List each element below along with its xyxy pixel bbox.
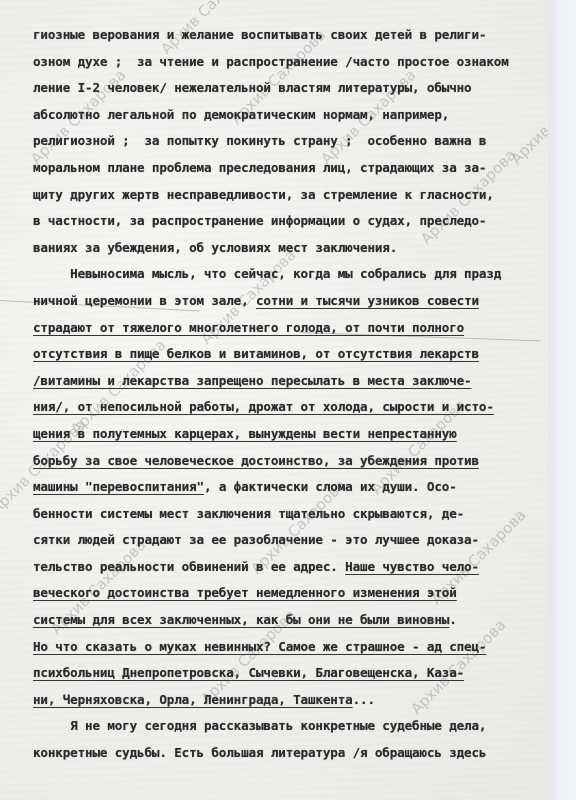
- text-segment: ление I-2 человек/ нежелательной властям…: [33, 80, 472, 95]
- text-line: страдают от тяжелого многолетнего голода…: [33, 315, 548, 342]
- text-line: отсутствия в пище белков и витаминов, от…: [33, 341, 548, 368]
- underlined-text: /витамины и лекарства запрещено пересыла…: [33, 373, 472, 388]
- text-segment: бенности системы мест заключения тщатель…: [33, 506, 464, 521]
- text-segment: , а фактически слома их души. Осо-: [204, 479, 457, 494]
- text-segment: Я не могу сегодня рассказывать конкретны…: [33, 718, 486, 733]
- underlined-text: машины "перевоспитания": [33, 479, 204, 494]
- text-line: психбольниц Днепропетровска, Сычевки, Бл…: [33, 660, 548, 687]
- text-line: борьбу за свое человеческое достоинство,…: [33, 448, 548, 475]
- text-segment: религиозной ; за попытку покинуть страну…: [33, 133, 486, 148]
- text-segment: конкретные судьбы. Есть большая литерату…: [33, 745, 486, 760]
- underlined-text: щения в полутемных карцерах, вынуждены в…: [33, 426, 457, 441]
- underlined-text: ния/, от непосильной работы, дрожат от х…: [33, 399, 494, 414]
- text-line: Я не могу сегодня рассказывать конкретны…: [33, 713, 548, 740]
- text-line: ния/, от непосильной работы, дрожат от х…: [33, 394, 548, 421]
- text-line: Но что сказать о муках невинных? Самое ж…: [33, 634, 548, 661]
- text-line: бенности системы мест заключения тщатель…: [33, 501, 548, 528]
- text-segment: абсолютно легальной по демократическим н…: [33, 107, 449, 122]
- text-segment: озном духе ; за чтение и распространение…: [33, 54, 509, 69]
- text-line: ваниях за убеждения, об условиях мест за…: [33, 235, 548, 262]
- text-line: ни, Черняховска, Орла, Ленинграда, Ташке…: [33, 687, 548, 714]
- text-segment: щиту других жертв несправедливости, за с…: [33, 187, 494, 202]
- text-line: абсолютно легальной по демократическим н…: [33, 102, 548, 129]
- text-line: моральном плане проблема преследования л…: [33, 155, 548, 182]
- text-segment: сятки людей страдают за ее разоблачение …: [33, 532, 479, 547]
- text-line: веческого достоинства требует немедленно…: [33, 580, 548, 607]
- underlined-text: сотни и тысячи узников совести: [256, 293, 479, 308]
- text-line: гиозные верования и желание воспитывать …: [33, 22, 548, 49]
- underlined-text: ни, Черняховска, Орла, Ленинграда, Ташке…: [33, 692, 353, 707]
- text-line: сятки людей страдают за ее разоблачение …: [33, 527, 548, 554]
- text-line: ничной церемонии в этом зале, сотни и ты…: [33, 288, 548, 315]
- text-segment: ...: [353, 692, 375, 707]
- underlined-text: психбольниц Днепропетровска, Сычевки, Бл…: [33, 665, 464, 680]
- text-segment: в частности, за распространение информац…: [33, 213, 486, 228]
- text-line: /витамины и лекарства запрещено пересыла…: [33, 368, 548, 395]
- text-line: ление I-2 человек/ нежелательной властям…: [33, 75, 548, 102]
- typed-text-body: гиозные верования и желание воспитывать …: [33, 22, 548, 767]
- text-line: тельство реальности обвинений в ее адрес…: [33, 554, 548, 581]
- text-line: озном духе ; за чтение и распространение…: [33, 49, 548, 76]
- underlined-text: веческого достоинства требует немедленно…: [33, 585, 457, 600]
- underlined-text: борьбу за свое человеческое достоинство,…: [33, 453, 479, 468]
- text-line: щения в полутемных карцерах, вынуждены в…: [33, 421, 548, 448]
- underlined-text: Наше чувство чело-: [345, 559, 479, 574]
- text-line: системы для всех заключенных, как бы они…: [33, 607, 548, 634]
- text-segment: Невыносима мысль, что сейчас, когда мы с…: [33, 266, 501, 281]
- text-line: Невыносима мысль, что сейчас, когда мы с…: [33, 261, 548, 288]
- underlined-text: Но что сказать о муках невинных? Самое ж…: [33, 639, 486, 654]
- text-segment: тельство реальности обвинений в ее адрес…: [33, 559, 345, 574]
- underlined-text: страдают от тяжелого многолетнего голода…: [33, 320, 464, 335]
- text-line: машины "перевоспитания", а фактически сл…: [33, 474, 548, 501]
- text-line: религиозной ; за попытку покинуть страну…: [33, 128, 548, 155]
- text-segment: гиозные верования и желание воспитывать …: [33, 27, 486, 42]
- underlined-text: системы для всех заключенных, как бы они…: [33, 612, 449, 627]
- text-line: в частности, за распространение информац…: [33, 208, 548, 235]
- text-segment: ваниях за убеждения, об условиях мест за…: [33, 240, 397, 255]
- underlined-text: отсутствия в пище белков и витаминов, от…: [33, 346, 479, 361]
- scan-edge: [548, 0, 576, 800]
- text-segment: .: [449, 612, 456, 627]
- text-line: конкретные судьбы. Есть большая литерату…: [33, 740, 548, 767]
- text-segment: ничной церемонии в этом зале,: [33, 293, 256, 308]
- text-segment: моральном плане проблема преследования л…: [33, 160, 486, 175]
- text-line: щиту других жертв несправедливости, за с…: [33, 182, 548, 209]
- document-page: Архив СахароваАрхив СахароваАрхив Сахаро…: [0, 0, 548, 800]
